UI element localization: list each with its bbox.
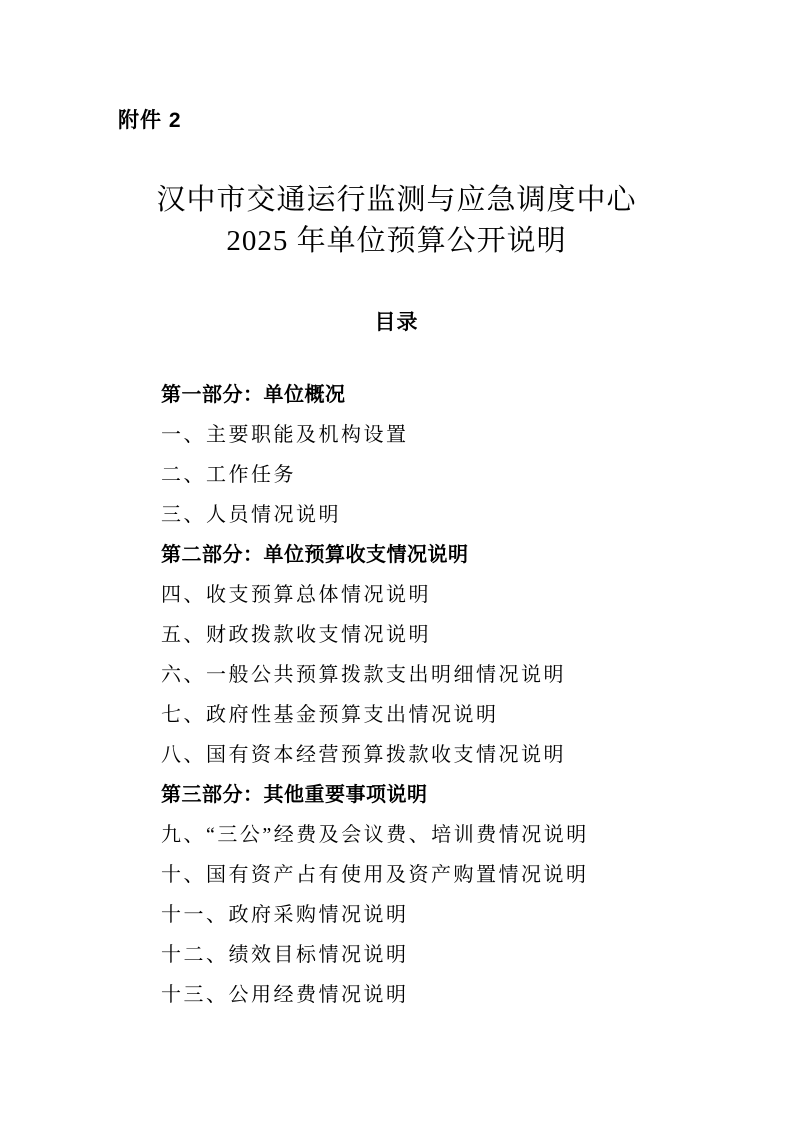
toc-section-heading-3: 第三部分：其他重要事项说明	[161, 775, 693, 815]
document-title-line2: 2025 年单位预算公开说明	[0, 221, 793, 262]
toc-item: 一、主要职能及机构设置	[161, 415, 693, 455]
toc-section-heading-2: 第二部分：单位预算收支情况说明	[161, 535, 693, 575]
toc-item: 三、人员情况说明	[161, 495, 693, 535]
toc-item: 十二、绩效目标情况说明	[161, 935, 693, 975]
table-of-contents: 第一部分：单位概况 一、主要职能及机构设置 二、工作任务 三、人员情况说明 第二…	[161, 375, 693, 1015]
toc-item: 五、财政拨款收支情况说明	[161, 615, 693, 655]
toc-section-heading-1: 第一部分：单位概况	[161, 375, 693, 415]
document-title-line1: 汉中市交通运行监测与应急调度中心	[0, 180, 793, 221]
toc-item: 十、国有资产占有使用及资产购置情况说明	[161, 855, 693, 895]
toc-heading: 目录	[0, 306, 793, 336]
toc-item: 四、收支预算总体情况说明	[161, 575, 693, 615]
toc-item: 九、“三公”经费及会议费、培训费情况说明	[161, 815, 693, 855]
attachment-label: 附件 2	[118, 104, 182, 134]
document-page: 附件 2 汉中市交通运行监测与应急调度中心 2025 年单位预算公开说明 目录 …	[0, 0, 793, 1122]
toc-item: 八、国有资本经营预算拨款收支情况说明	[161, 735, 693, 775]
toc-item: 七、政府性基金预算支出情况说明	[161, 695, 693, 735]
toc-item: 十一、政府采购情况说明	[161, 895, 693, 935]
toc-item: 十三、公用经费情况说明	[161, 975, 693, 1015]
toc-item: 二、工作任务	[161, 455, 693, 495]
document-title: 汉中市交通运行监测与应急调度中心 2025 年单位预算公开说明	[0, 180, 793, 262]
toc-item: 六、一般公共预算拨款支出明细情况说明	[161, 655, 693, 695]
